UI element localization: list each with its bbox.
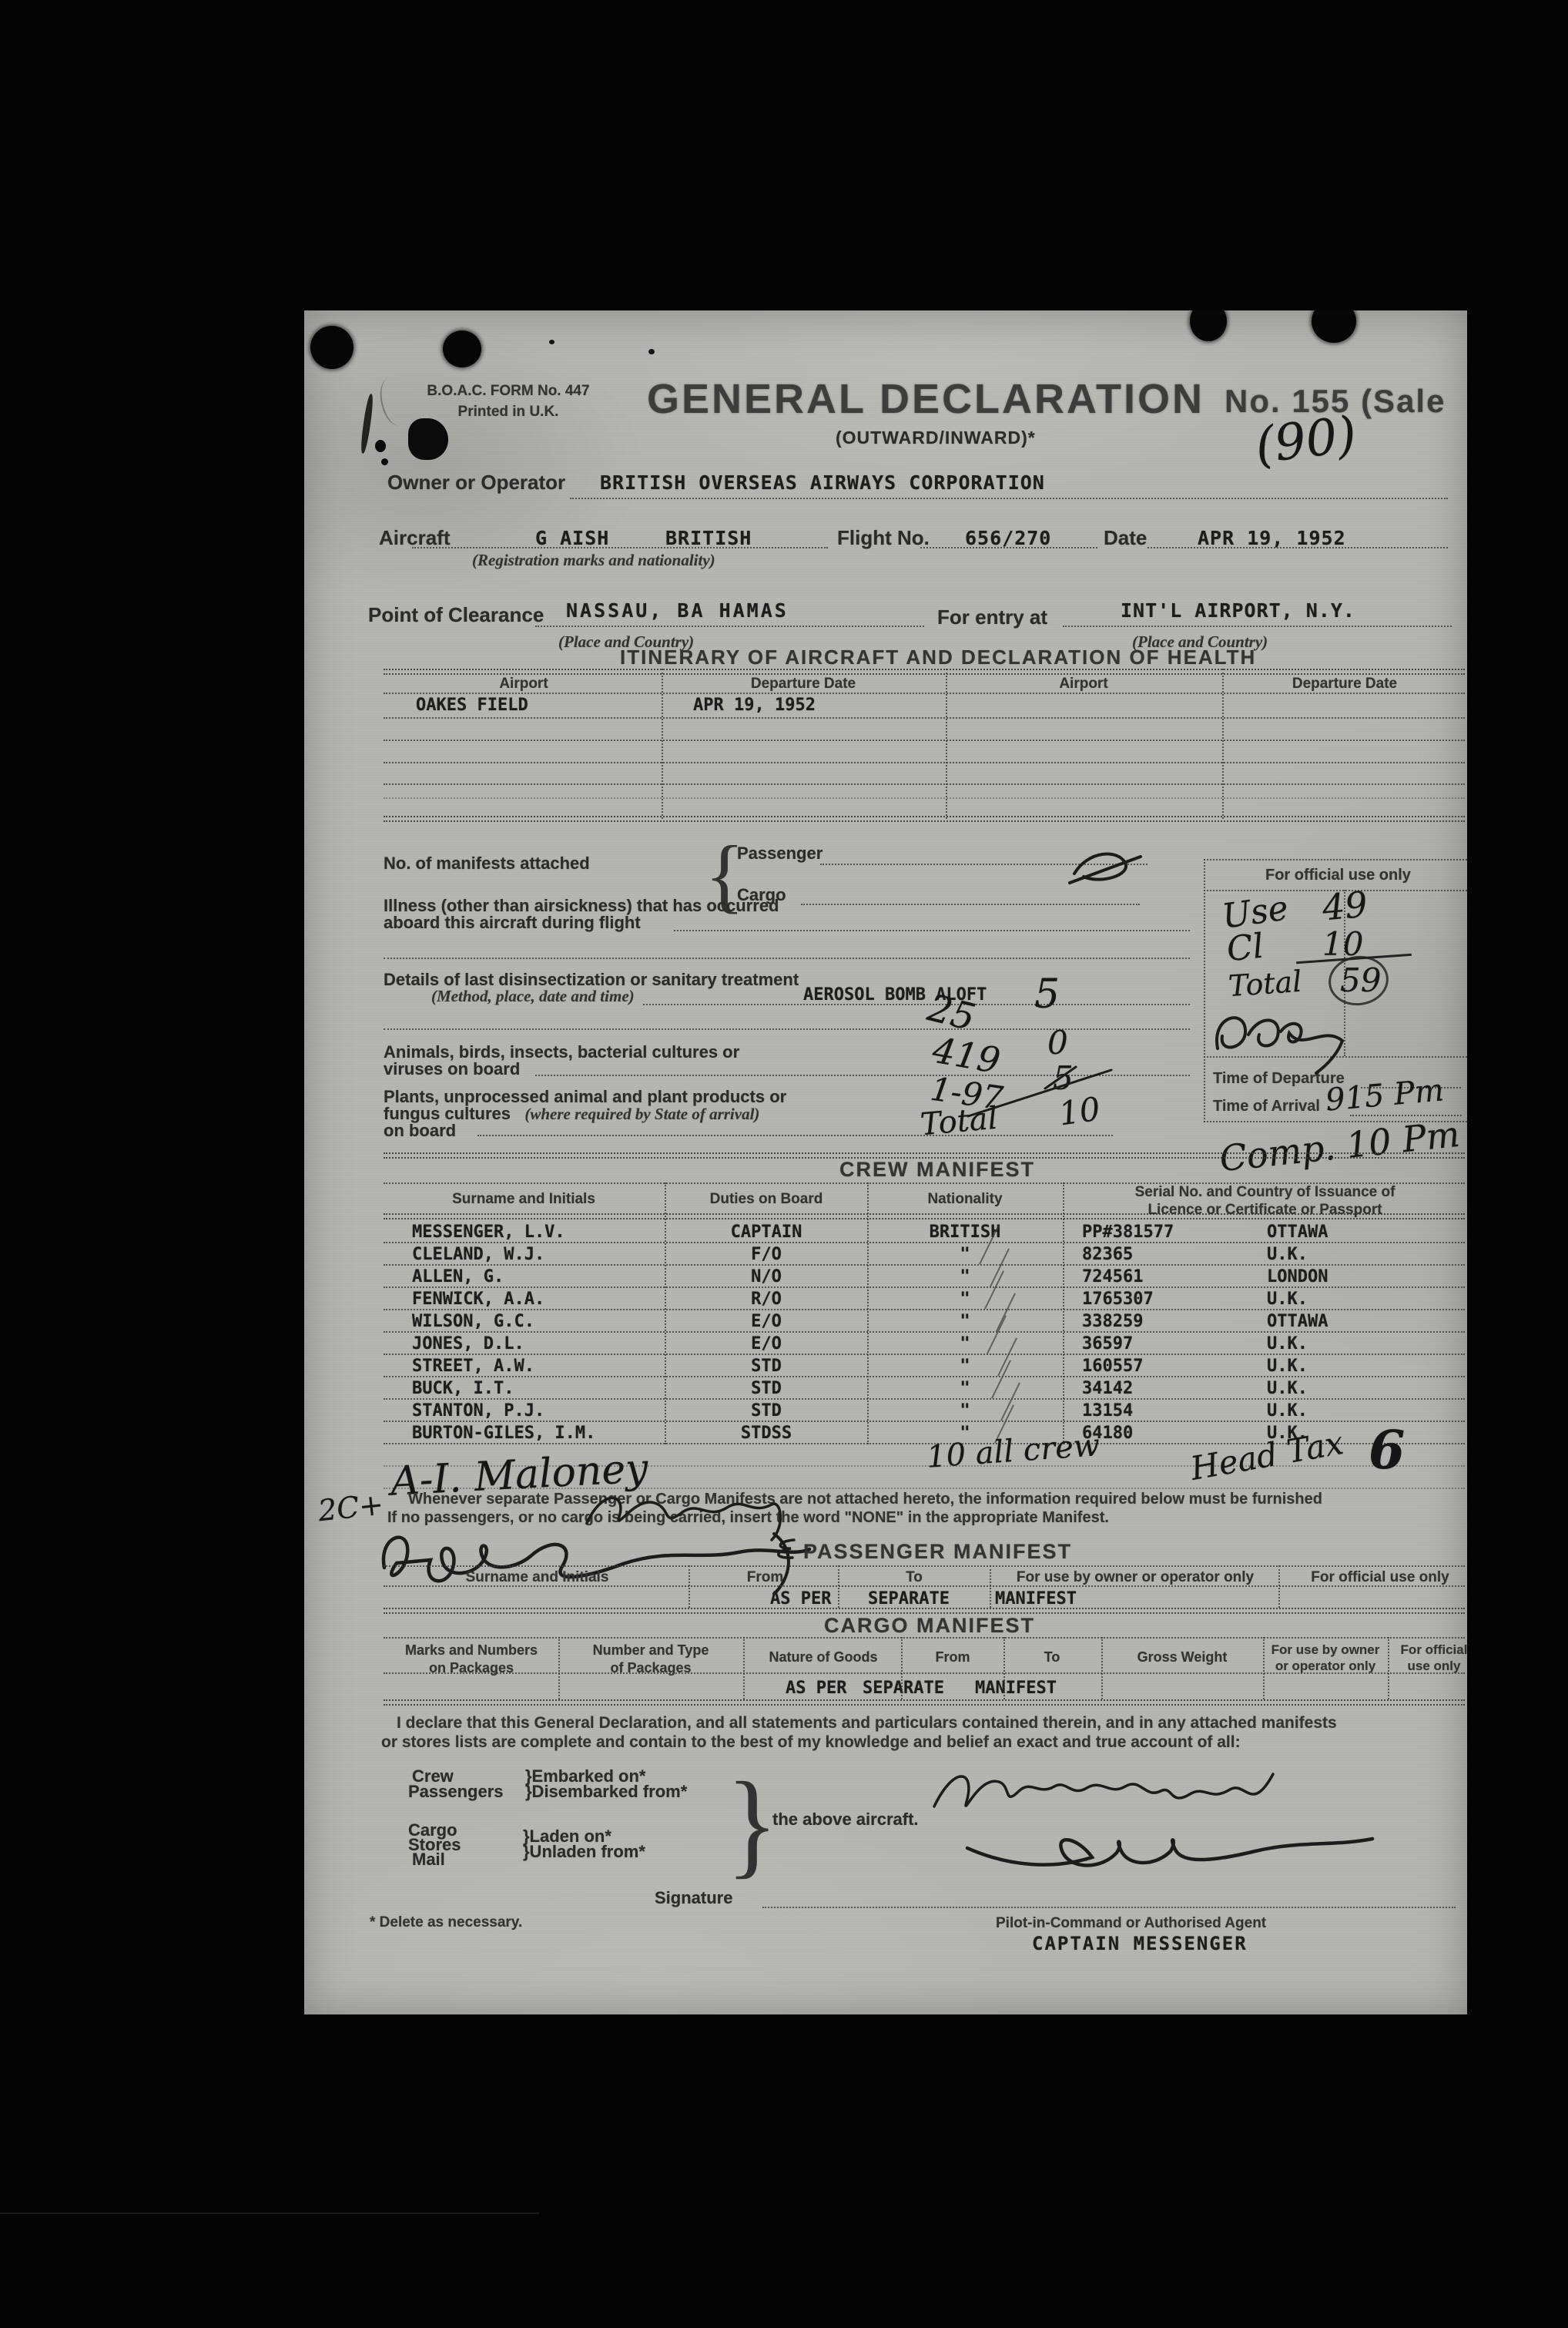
table-header-rule xyxy=(384,1585,1465,1587)
table-column-divider xyxy=(838,1565,839,1608)
crew-name: WILSON, G.C. xyxy=(412,1312,534,1331)
table-row-rule xyxy=(384,1421,1465,1422)
signature-pilot xyxy=(928,1759,1282,1828)
crew-name: MESSENGER, L.V. xyxy=(412,1223,565,1242)
table-column-divider xyxy=(901,1637,903,1699)
official-box-heading: For official use only xyxy=(1265,867,1411,884)
crew-duty: STDSS xyxy=(670,1424,863,1443)
handwritten-official-total: Total xyxy=(1228,964,1303,1004)
rule-line xyxy=(1063,626,1452,627)
table-row-rule xyxy=(384,740,1465,741)
table-column-divider xyxy=(946,669,947,819)
rule-line xyxy=(477,1135,1113,1136)
crew-nationality: " xyxy=(869,1290,1061,1309)
itinerary-heading: ITINERARY OF AIRCRAFT AND DECLARATION OF… xyxy=(620,646,1256,669)
table-column-divider xyxy=(665,1182,666,1444)
crew-nationality: " xyxy=(869,1245,1061,1264)
entry-value: INT'L AIRPORT, N.Y. xyxy=(1121,599,1355,622)
table-border xyxy=(384,816,1465,822)
scanner-background: B.O.A.C. FORM No. 447Printed in U.K. GEN… xyxy=(0,0,1568,2328)
table-column-divider xyxy=(689,1565,690,1608)
captain-name: CAPTAIN MESSENGER xyxy=(1032,1933,1248,1954)
table-border xyxy=(384,669,1465,675)
pen-strikethrough xyxy=(965,1065,1115,1119)
itinerary-airport-value: OAKES FIELD xyxy=(416,696,528,715)
crew-name: CLELAND, W.J. xyxy=(412,1245,544,1264)
table-border xyxy=(384,1699,1465,1706)
signature-rule xyxy=(762,1907,1456,1908)
illness-line-2: aboard this aircraft during flight xyxy=(384,913,641,933)
footer-above-aircraft: the above aircraft. xyxy=(772,1810,919,1830)
cargo-row-value: SEPARATE xyxy=(863,1679,944,1698)
table-row-rule xyxy=(384,783,1465,785)
pen-scribble xyxy=(1067,844,1151,892)
crew-issued: OTTAWA xyxy=(1267,1312,1328,1331)
rule-line xyxy=(384,958,1190,959)
itinerary-date-value: APR 19, 1952 xyxy=(693,696,816,715)
passenger-col-from: From xyxy=(694,1569,836,1586)
cargo-col-nature: Nature of Goods xyxy=(749,1649,897,1665)
date-value: APR 19, 1952 xyxy=(1198,527,1346,549)
table-border xyxy=(384,1565,1465,1567)
crew-issued: U.K. xyxy=(1267,1357,1308,1376)
box-border xyxy=(1204,859,1205,1122)
ink-smudge xyxy=(360,394,375,454)
rule-line xyxy=(674,930,1190,931)
itinerary-col-airport-2: Airport xyxy=(987,676,1180,693)
passenger-col-owner: For use by owner or operator only xyxy=(993,1569,1277,1586)
plants-line-3: on board xyxy=(384,1121,456,1141)
table-row-rule xyxy=(384,1331,1465,1333)
footer-passengers-label: Passengers xyxy=(408,1782,504,1802)
crew-name: BUCK, I.T. xyxy=(412,1379,514,1398)
table-column-divider xyxy=(1278,1565,1280,1608)
box-border xyxy=(1204,859,1467,860)
page-title: GENERAL DECLARATION xyxy=(647,375,1204,423)
crew-serial: 724561 xyxy=(1082,1267,1143,1286)
declaration-line-1: I declare that this General Declaration,… xyxy=(397,1714,1337,1733)
passenger-row-value: MANIFEST xyxy=(995,1589,1077,1608)
table-border xyxy=(384,1608,1465,1614)
table-row-rule xyxy=(384,1264,1465,1266)
disinsect-hint: (Method, place, date and time) xyxy=(431,987,635,1006)
cargo-row-value: MANIFEST xyxy=(975,1679,1057,1698)
crew-serial: 34142 xyxy=(1082,1379,1133,1398)
crew-duty: F/O xyxy=(670,1245,863,1264)
brace: } xyxy=(726,1756,778,1892)
crew-issued: U.K. xyxy=(1267,1290,1308,1309)
crew-serial: 36597 xyxy=(1082,1334,1133,1354)
flight-number: 656/270 xyxy=(965,527,1051,549)
cargo-manifest-heading: CARGO MANIFEST xyxy=(824,1614,1035,1638)
pen-curl xyxy=(768,1537,803,1565)
clearance-label: Point of Clearance xyxy=(368,603,544,627)
handwritten-tally: 0 xyxy=(1047,1024,1068,1062)
table-row-rule xyxy=(384,1398,1465,1400)
crease-mark xyxy=(376,376,411,428)
crew-serial: PP#381577 xyxy=(1082,1223,1174,1242)
crew-issued: LONDON xyxy=(1267,1267,1328,1286)
crew-duty: STD xyxy=(670,1401,863,1421)
delete-note: * Delete as necessary. xyxy=(370,1914,522,1931)
crew-issued: U.K. xyxy=(1267,1401,1308,1421)
crew-duty: N/O xyxy=(670,1267,863,1286)
title-subtitle: (OUTWARD/INWARD)* xyxy=(836,428,1036,448)
crew-serial: 338259 xyxy=(1082,1312,1143,1331)
animals-line-2: viruses on board xyxy=(384,1059,520,1079)
ink-blot xyxy=(375,440,386,452)
passenger-row-value: SEPARATE xyxy=(868,1589,950,1608)
manifests-passenger-label: Passenger xyxy=(737,844,823,864)
table-row-rule xyxy=(384,1286,1465,1288)
date-label: Date xyxy=(1104,526,1147,550)
scan-speck xyxy=(648,349,655,354)
scan-artifact xyxy=(0,2212,539,2214)
punch-hole xyxy=(310,326,353,369)
cargo-col-owner: For use by owneror operator only xyxy=(1267,1642,1384,1675)
table-row-rule xyxy=(384,797,1465,799)
itinerary-col-date-1: Departure Date xyxy=(707,676,900,693)
signature-agent xyxy=(963,1822,1379,1884)
rule-line xyxy=(643,1004,1190,1005)
crew-issued: OTTAWA xyxy=(1267,1223,1328,1242)
handwritten-page-number: (90) xyxy=(1252,406,1359,475)
signature-scribble xyxy=(374,1520,820,1601)
crew-name: BURTON-GILES, I.M. xyxy=(412,1424,595,1443)
itinerary-col-date-2: Departure Date xyxy=(1248,676,1441,693)
table-header-rule xyxy=(384,1213,1465,1219)
note-line-1: Whenever separate Passenger or Cargo Man… xyxy=(408,1491,1467,1508)
rule-line xyxy=(920,547,1097,548)
table-row-rule xyxy=(384,1309,1465,1310)
crew-nationality: " xyxy=(869,1379,1061,1398)
crew-nationality: " xyxy=(869,1401,1061,1421)
aircraft-nationality: BRITISH xyxy=(665,527,752,549)
scan-speck xyxy=(549,340,554,344)
signature-label: Signature xyxy=(655,1888,732,1908)
table-row-rule xyxy=(384,1376,1465,1377)
table-column-divider xyxy=(1101,1637,1103,1699)
owner-label: Owner or Operator xyxy=(387,471,565,495)
passenger-row-value: AS PER xyxy=(770,1589,831,1608)
crew-serial: 82365 xyxy=(1082,1245,1133,1264)
crew-issued: U.K. xyxy=(1267,1245,1308,1264)
crew-duty: STD xyxy=(670,1357,863,1376)
crew-manifest-heading: CREW MANIFEST xyxy=(839,1158,1035,1182)
handwritten-official-use: 49 xyxy=(1321,884,1369,929)
handwritten-official-use: Cl xyxy=(1225,927,1265,970)
punch-hole xyxy=(1312,310,1356,343)
crew-name: ALLEN, G. xyxy=(412,1267,504,1286)
crew-serial: 160557 xyxy=(1082,1357,1143,1376)
cargo-col-weight: Gross Weight xyxy=(1105,1649,1259,1665)
crew-name: STANTON, P.J. xyxy=(412,1401,544,1421)
clearance-value: NASSAU, BA HAMAS xyxy=(566,599,789,622)
registration-hint: (Registration marks and nationality) xyxy=(472,551,715,570)
passenger-manifest-heading: PASSENGER MANIFEST xyxy=(803,1540,1072,1564)
crew-duty: E/O xyxy=(670,1312,863,1331)
table-row-rule xyxy=(384,1354,1465,1355)
passenger-col-to: To xyxy=(840,1569,988,1586)
footer-mail-label: Mail xyxy=(412,1850,445,1870)
crew-nationality: BRITISH xyxy=(869,1223,1061,1242)
table-column-divider xyxy=(1003,1637,1005,1699)
crew-duty: STD xyxy=(670,1379,863,1398)
table-column-divider xyxy=(1263,1637,1265,1699)
table-row-rule xyxy=(384,762,1465,763)
crew-nationality: " xyxy=(869,1267,1061,1286)
cargo-col-from: From xyxy=(905,1649,1000,1665)
handwritten-aerosol-count: 5 xyxy=(1034,971,1060,1018)
crew-issued: U.K. xyxy=(1267,1379,1308,1398)
cargo-col-to: To xyxy=(1007,1649,1097,1665)
crew-serial: 13154 xyxy=(1082,1401,1133,1421)
table-row-rule xyxy=(384,1242,1465,1243)
plants-hint: (where required by State of arrival) xyxy=(524,1105,759,1123)
flight-label: Flight No. xyxy=(837,526,930,550)
table-row-rule xyxy=(384,717,1465,719)
table-header-rule xyxy=(384,693,1465,694)
table-column-divider xyxy=(1388,1637,1389,1699)
handwritten-comp-note: Comp. 10 Pm xyxy=(1218,1113,1462,1179)
crew-nationality: " xyxy=(869,1312,1061,1331)
crew-duty: R/O xyxy=(670,1290,863,1309)
cargo-col-packages: Number and Typeof Packages xyxy=(563,1642,739,1676)
table-column-divider xyxy=(1063,1182,1064,1444)
manifests-label: No. of manifests attached xyxy=(384,854,590,874)
crew-name: JONES, D.L. xyxy=(412,1334,524,1354)
rule-line xyxy=(1148,547,1448,548)
crew-duty: E/O xyxy=(670,1334,863,1354)
table-header-rule xyxy=(384,1672,1465,1674)
handwritten-head-tax-value: 6 xyxy=(1369,1420,1405,1481)
punch-hole xyxy=(1190,310,1227,341)
rule-line xyxy=(570,498,1448,499)
crew-name: STREET, A.W. xyxy=(412,1357,534,1376)
table-column-divider xyxy=(662,669,663,819)
table-column-divider xyxy=(1222,669,1224,819)
agent-caption: Pilot-in-Command or Authorised Agent xyxy=(996,1915,1266,1932)
crew-col-duty: Duties on Board xyxy=(670,1191,863,1208)
arrival-time-label: Time of Arrival xyxy=(1213,1098,1320,1115)
pen-scribble xyxy=(1207,1002,1345,1075)
owner-value: BRITISH OVERSEAS AIRWAYS CORPORATION xyxy=(600,471,1045,494)
crew-col-nationality: Nationality xyxy=(869,1191,1061,1208)
punch-hole xyxy=(443,330,481,367)
rule-line xyxy=(801,904,1140,905)
table-border xyxy=(384,1637,1465,1639)
crew-duty: CAPTAIN xyxy=(670,1223,863,1242)
table-column-divider xyxy=(558,1637,560,1699)
crew-issued: U.K. xyxy=(1267,1334,1308,1354)
crew-nationality: " xyxy=(869,1357,1061,1376)
ink-blot xyxy=(408,418,448,460)
rule-line xyxy=(535,626,924,627)
footer-unladen: }Unladen from* xyxy=(523,1842,645,1862)
cargo-row-value: AS PER xyxy=(786,1679,846,1698)
aircraft-registration: G AISH xyxy=(535,527,609,549)
entry-label: For entry at xyxy=(937,605,1047,629)
crew-serial: 1765307 xyxy=(1082,1290,1154,1309)
table-column-divider xyxy=(990,1565,991,1608)
passenger-col-official: For official use only xyxy=(1284,1569,1467,1586)
form-number: B.O.A.C. FORM No. 447Printed in U.K. xyxy=(420,381,597,422)
table-column-divider xyxy=(743,1637,745,1699)
rule-line xyxy=(412,547,828,548)
document-page: B.O.A.C. FORM No. 447Printed in U.K. GEN… xyxy=(304,310,1467,2014)
crew-col-name: Surname and Initials xyxy=(427,1191,620,1208)
ink-blot xyxy=(381,458,388,465)
passenger-col-name: Surname and Initials xyxy=(389,1569,685,1586)
crew-nationality: " xyxy=(869,1334,1061,1354)
rule-line xyxy=(384,1028,1190,1030)
footer-disembarked: }Disembarked from* xyxy=(525,1782,687,1802)
itinerary-col-airport-1: Airport xyxy=(427,676,620,693)
cargo-col-official: For officialuse only xyxy=(1392,1642,1467,1675)
cargo-col-marks: Marks and Numberson Packages xyxy=(387,1642,555,1676)
declaration-line-2: or stores lists are complete and contain… xyxy=(381,1733,1241,1752)
crew-name: FENWICK, A.A. xyxy=(412,1290,544,1309)
